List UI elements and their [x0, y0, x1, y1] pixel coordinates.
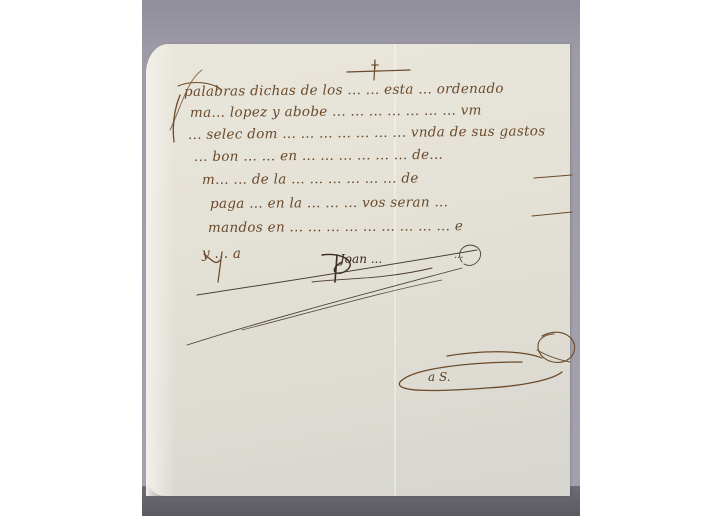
- manuscript-line-4: ... bon ... ... en ... ... ... ... ... .…: [194, 147, 443, 165]
- manuscript-line-8: y ... a: [202, 246, 241, 262]
- manuscript-line-1: palabras dichas de los ... ... esta ... …: [184, 81, 504, 100]
- document-photo: + palabras dichas de los ... ... esta ..…: [142, 0, 580, 516]
- manuscript-line-2: ma... lopez y abobe ... ... ... ... ... …: [190, 102, 482, 121]
- manuscript-line-6: paga ... en la ... ... ... vos seran ...: [210, 194, 448, 212]
- top-cross-mark: +: [370, 58, 380, 72]
- signature-secondary: ...: [454, 250, 464, 261]
- manuscript-line-7: mandos en ... ... ... ... ... ... ... ..…: [208, 218, 463, 236]
- closing-mark: a S.: [428, 370, 451, 384]
- manuscript-line-5: m... ... de la ... ... ... ... ... ... d…: [202, 170, 419, 188]
- signature-primary: Joan ...: [340, 252, 382, 266]
- handwriting-layer: + palabras dichas de los ... ... esta ..…: [142, 0, 580, 516]
